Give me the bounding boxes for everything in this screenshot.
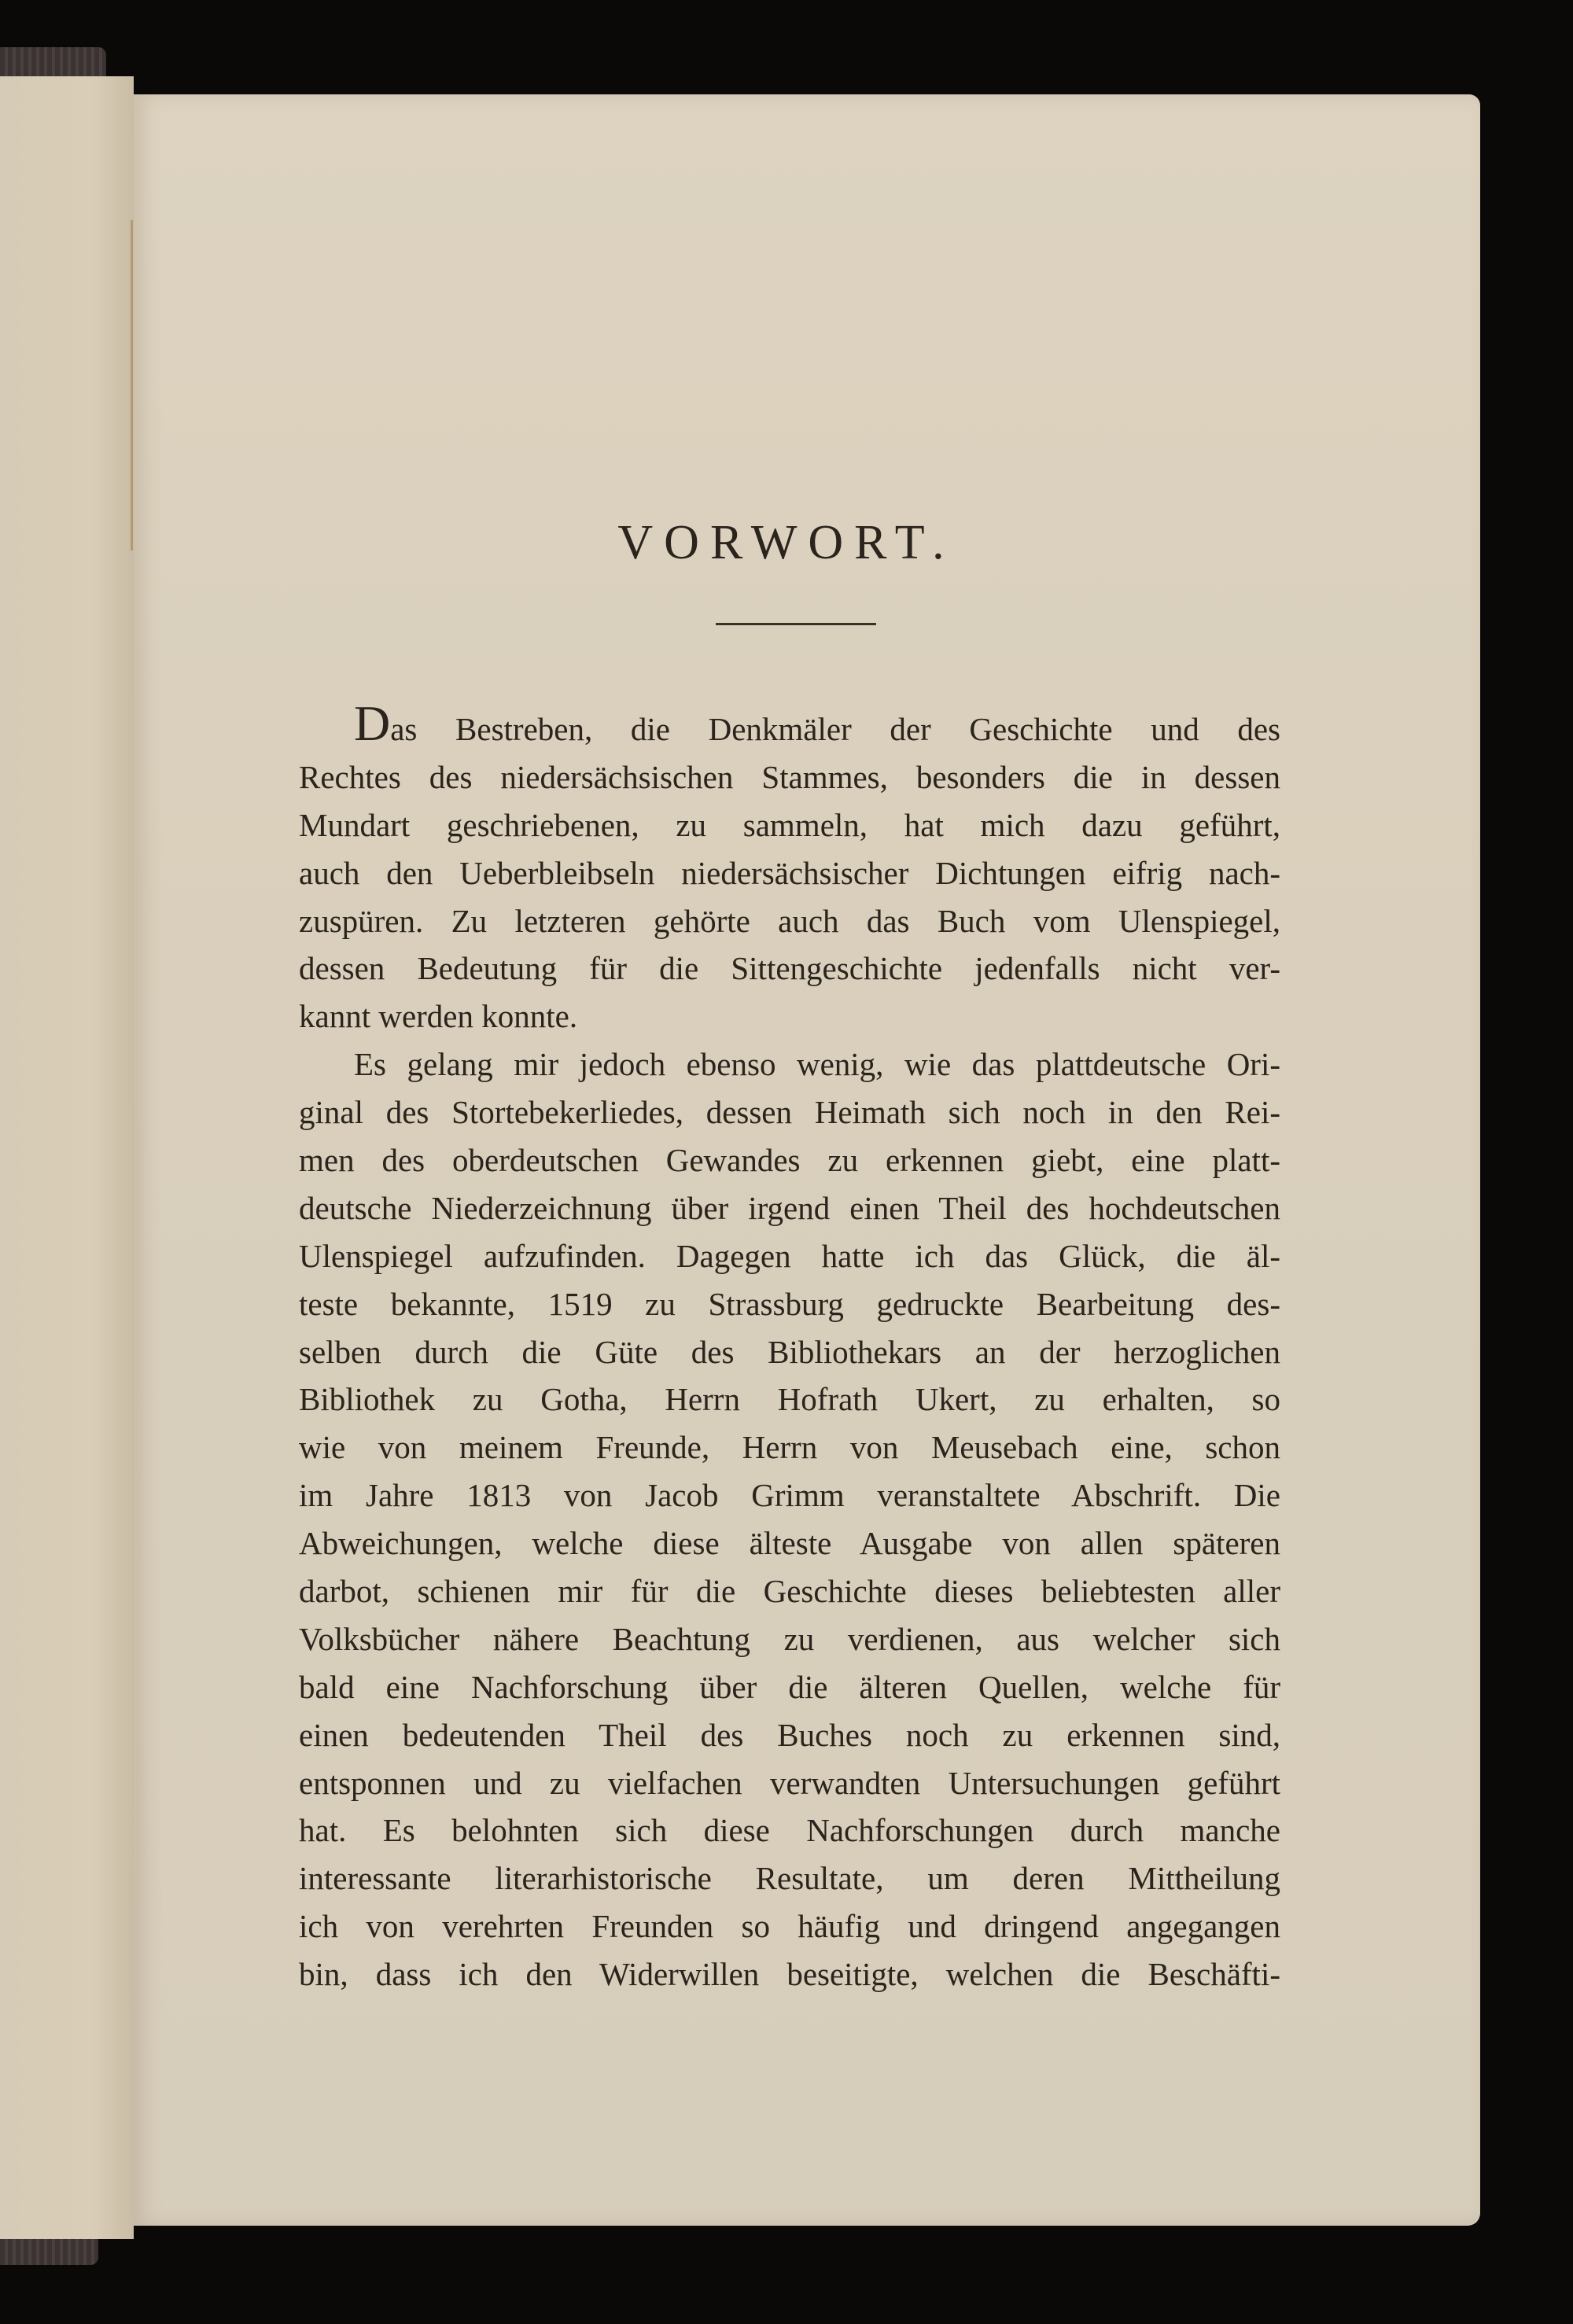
text-line: Mundart geschriebenen, zu sammeln, hat m… <box>299 801 1280 849</box>
text-line: Volksbücher nähere Beachtung zu verdiene… <box>299 1615 1280 1663</box>
title-divider <box>716 623 876 625</box>
text-line: bin, dass ich den Widerwillen beseitigte… <box>299 1950 1280 1998</box>
text-line: interessante literarhistorische Resultat… <box>299 1854 1280 1902</box>
gutter-stain <box>131 220 133 551</box>
text-line: Ulenspiegel aufzufinden. Dagegen hatte i… <box>299 1232 1280 1280</box>
text-line: Rechtes des niedersächsischen Stammes, b… <box>299 753 1280 801</box>
text-line: teste bekannte, 1519 zu Strassburg gedru… <box>299 1280 1280 1328</box>
text-line: deutsche Niederzeichnung über irgend ein… <box>299 1184 1280 1232</box>
text-line: men des oberdeutschen Gewandes zu erkenn… <box>299 1136 1280 1184</box>
text-line: selben durch die Güte des Bibliothekars … <box>299 1328 1280 1376</box>
paragraph-1-line-1: Das Bestreben, die Denkmäler der Geschic… <box>299 705 1280 753</box>
text-line: zuspüren. Zu letzteren gehörte auch das … <box>299 897 1280 945</box>
text-line: kannt werden konnte. <box>299 993 1280 1040</box>
paragraph-2-line-1: Es gelang mir jedoch ebenso wenig, wie d… <box>299 1040 1280 1088</box>
body-text: Das Bestreben, die Denkmäler der Geschic… <box>299 705 1280 1998</box>
text-line: entsponnen und zu vielfachen verwandten … <box>299 1759 1280 1807</box>
text-line: auch den Ueberbleibseln niedersächsische… <box>299 849 1280 897</box>
text-line: ich von verehrten Freunden so häufig und… <box>299 1902 1280 1950</box>
text-line: hat. Es belohnten sich diese Nachforschu… <box>299 1807 1280 1854</box>
page-title: VORWORT. <box>299 515 1274 571</box>
drop-cap: D <box>354 695 390 751</box>
left-page-edge <box>0 76 134 2239</box>
book-page: VORWORT. Das Bestreben, die Denkmäler de… <box>134 94 1480 2226</box>
text-line: Bibliothek zu Gotha, Herrn Hofrath Ukert… <box>299 1376 1280 1423</box>
text-line: bald eine Nachforschung über die älteren… <box>299 1663 1280 1711</box>
text-line: im Jahre 1813 von Jacob Grimm veranstalt… <box>299 1471 1280 1519</box>
text-line: Abweichungen, welche diese älteste Ausga… <box>299 1519 1280 1567</box>
text-line: ginal des Stortebekerliedes, dessen Heim… <box>299 1088 1280 1136</box>
text-line: darbot, schienen mir für die Geschichte … <box>299 1567 1280 1615</box>
text-line: einen bedeutenden Theil des Buches noch … <box>299 1711 1280 1759</box>
text-line: dessen Bedeutung für die Sittengeschicht… <box>299 945 1280 993</box>
text-line: wie von meinem Freunde, Herrn von Meuseb… <box>299 1423 1280 1471</box>
